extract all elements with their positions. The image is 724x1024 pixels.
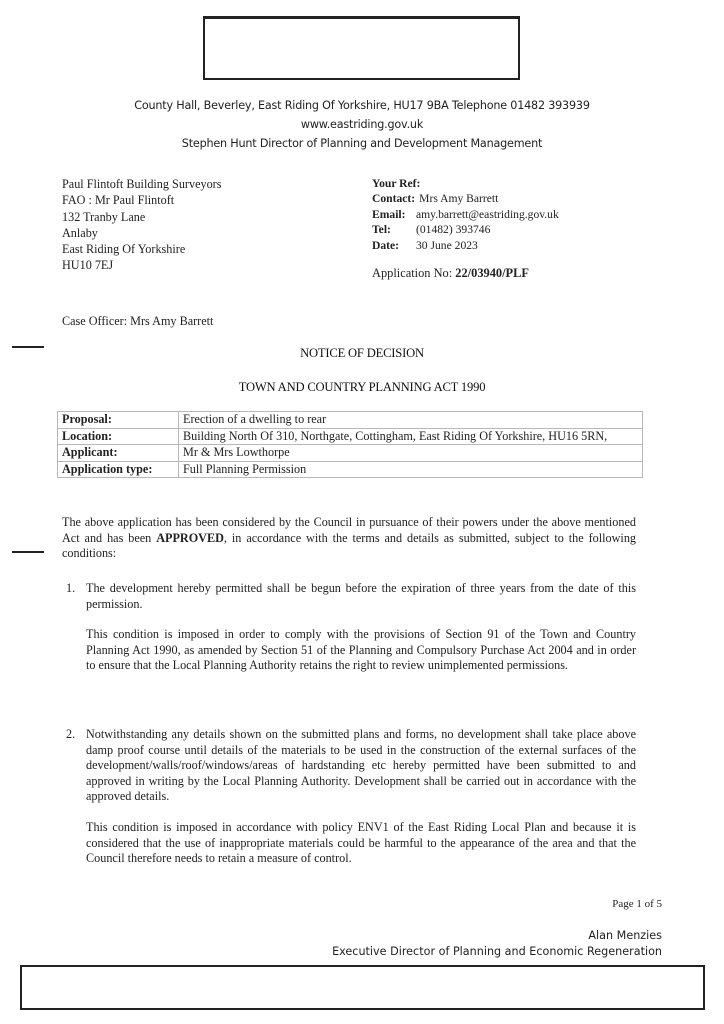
condition-2: 2. Notwithstanding any details shown on … — [62, 727, 636, 867]
contact-label: Contact: — [372, 191, 415, 206]
recipient-line: Anlaby — [62, 225, 221, 241]
date-label: Date: — [372, 238, 416, 253]
applicant-label: Applicant: — [58, 445, 179, 462]
applicant-value: Mr & Mrs Lowthorpe — [179, 445, 643, 462]
signatory-title: Executive Director of Planning and Econo… — [332, 944, 662, 960]
act-title: TOWN AND COUNTRY PLANNING ACT 1990 — [0, 380, 724, 395]
recipient-line: HU10 7EJ — [62, 257, 221, 273]
location-label: Location: — [58, 428, 179, 445]
logo-placeholder-box — [203, 16, 520, 80]
application-number: Application No: 22/03940/PLF — [372, 266, 529, 281]
email-label: Email: — [372, 207, 416, 222]
condition-text: The development hereby permitted shall b… — [86, 581, 636, 612]
letterhead-director: Stephen Hunt Director of Planning and De… — [0, 134, 724, 153]
application-details-table: Proposal: Erection of a dwelling to rear… — [57, 411, 643, 478]
letterhead: County Hall, Beverley, East Riding Of Yo… — [0, 96, 724, 153]
location-value: Building North Of 310, Northgate, Cottin… — [179, 428, 643, 445]
date-value: 30 June 2023 — [416, 238, 478, 253]
condition-text: Notwithstanding any details shown on the… — [86, 727, 636, 805]
decision-status: APPROVED — [156, 531, 224, 545]
recipient-line: 132 Tranby Lane — [62, 209, 221, 225]
condition-1: 1. The development hereby permitted shal… — [62, 581, 636, 674]
table-row: Applicant: Mr & Mrs Lowthorpe — [58, 445, 643, 462]
tel-value: (01482) 393746 — [416, 222, 490, 237]
table-row: Proposal: Erection of a dwelling to rear — [58, 412, 643, 429]
application-type-value: Full Planning Permission — [179, 461, 643, 478]
proposal-value: Erection of a dwelling to rear — [179, 412, 643, 429]
condition-reason: This condition is imposed in order to co… — [86, 627, 636, 674]
your-ref-label: Your Ref: — [372, 176, 420, 191]
notice-title: NOTICE OF DECISION — [0, 346, 724, 361]
letterhead-website[interactable]: www.eastriding.gov.uk — [0, 115, 724, 134]
email-value[interactable]: amy.barrett@eastriding.gov.uk — [416, 207, 559, 222]
recipient-line: East Riding Of Yorkshire — [62, 241, 221, 257]
footer-placeholder-box — [20, 965, 705, 1010]
condition-number: 2. — [66, 727, 75, 743]
signatory-name: Alan Menzies — [332, 928, 662, 944]
application-number-label: Application No: — [372, 266, 452, 280]
contact-value: Mrs Amy Barrett — [419, 191, 498, 206]
signature-block: Alan Menzies Executive Director of Plann… — [332, 928, 662, 960]
case-officer: Case Officer: Mrs Amy Barrett — [62, 314, 213, 329]
recipient-address: Paul Flintoft Building Surveyors FAO : M… — [62, 176, 221, 274]
margin-mark — [12, 551, 44, 553]
recipient-line: Paul Flintoft Building Surveyors — [62, 176, 221, 192]
table-row: Location: Building North Of 310, Northga… — [58, 428, 643, 445]
application-number-value: 22/03940/PLF — [455, 266, 529, 280]
decision-paragraph: The above application has been considere… — [62, 515, 636, 562]
table-row: Application type: Full Planning Permissi… — [58, 461, 643, 478]
tel-label: Tel: — [372, 222, 416, 237]
condition-reason: This condition is imposed in accordance … — [86, 820, 636, 867]
proposal-label: Proposal: — [58, 412, 179, 429]
reference-block: Your Ref: Contact:Mrs Amy Barrett Email:… — [372, 176, 559, 253]
page-number: Page 1 of 5 — [612, 898, 662, 910]
application-type-label: Application type: — [58, 461, 179, 478]
recipient-line: FAO : Mr Paul Flintoft — [62, 192, 221, 208]
condition-number: 1. — [66, 581, 75, 597]
letterhead-address: County Hall, Beverley, East Riding Of Yo… — [0, 96, 724, 115]
